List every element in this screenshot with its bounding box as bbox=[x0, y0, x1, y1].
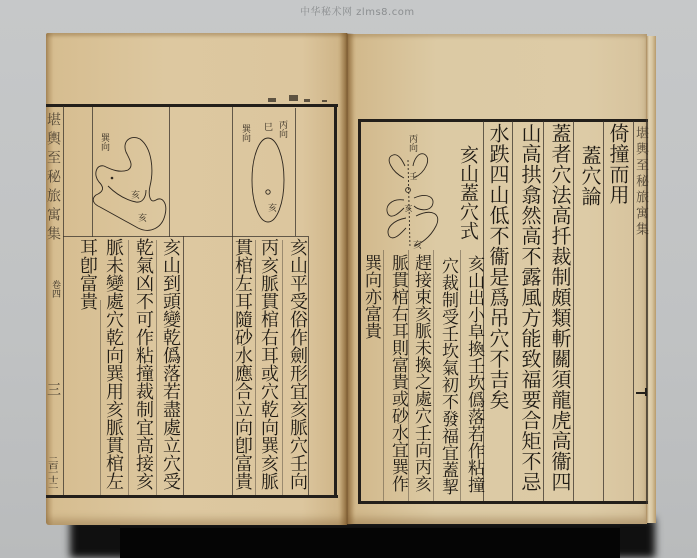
diagram1-inner-curve-icon bbox=[108, 186, 146, 202]
diagram-strokes bbox=[0, 0, 697, 558]
right-diagram-lobe-icon bbox=[414, 196, 433, 210]
diagram1-dot-icon bbox=[111, 177, 114, 180]
right-diagram-lobe-icon bbox=[388, 218, 406, 238]
right-diagram-stem-icon bbox=[408, 160, 410, 248]
right-diagram-lobe-icon bbox=[414, 212, 438, 246]
right-diagram-point-icon bbox=[406, 188, 411, 193]
right-diagram-lobe-icon bbox=[389, 155, 405, 178]
diagram2-oval-icon bbox=[252, 138, 284, 222]
ink-bleed-marks bbox=[268, 95, 327, 102]
right-diagram-lobe-icon bbox=[413, 154, 428, 178]
diagram2-point-icon bbox=[266, 190, 270, 194]
diagram1-outline-icon bbox=[93, 137, 166, 230]
right-diagram-lobe-icon bbox=[387, 200, 404, 216]
